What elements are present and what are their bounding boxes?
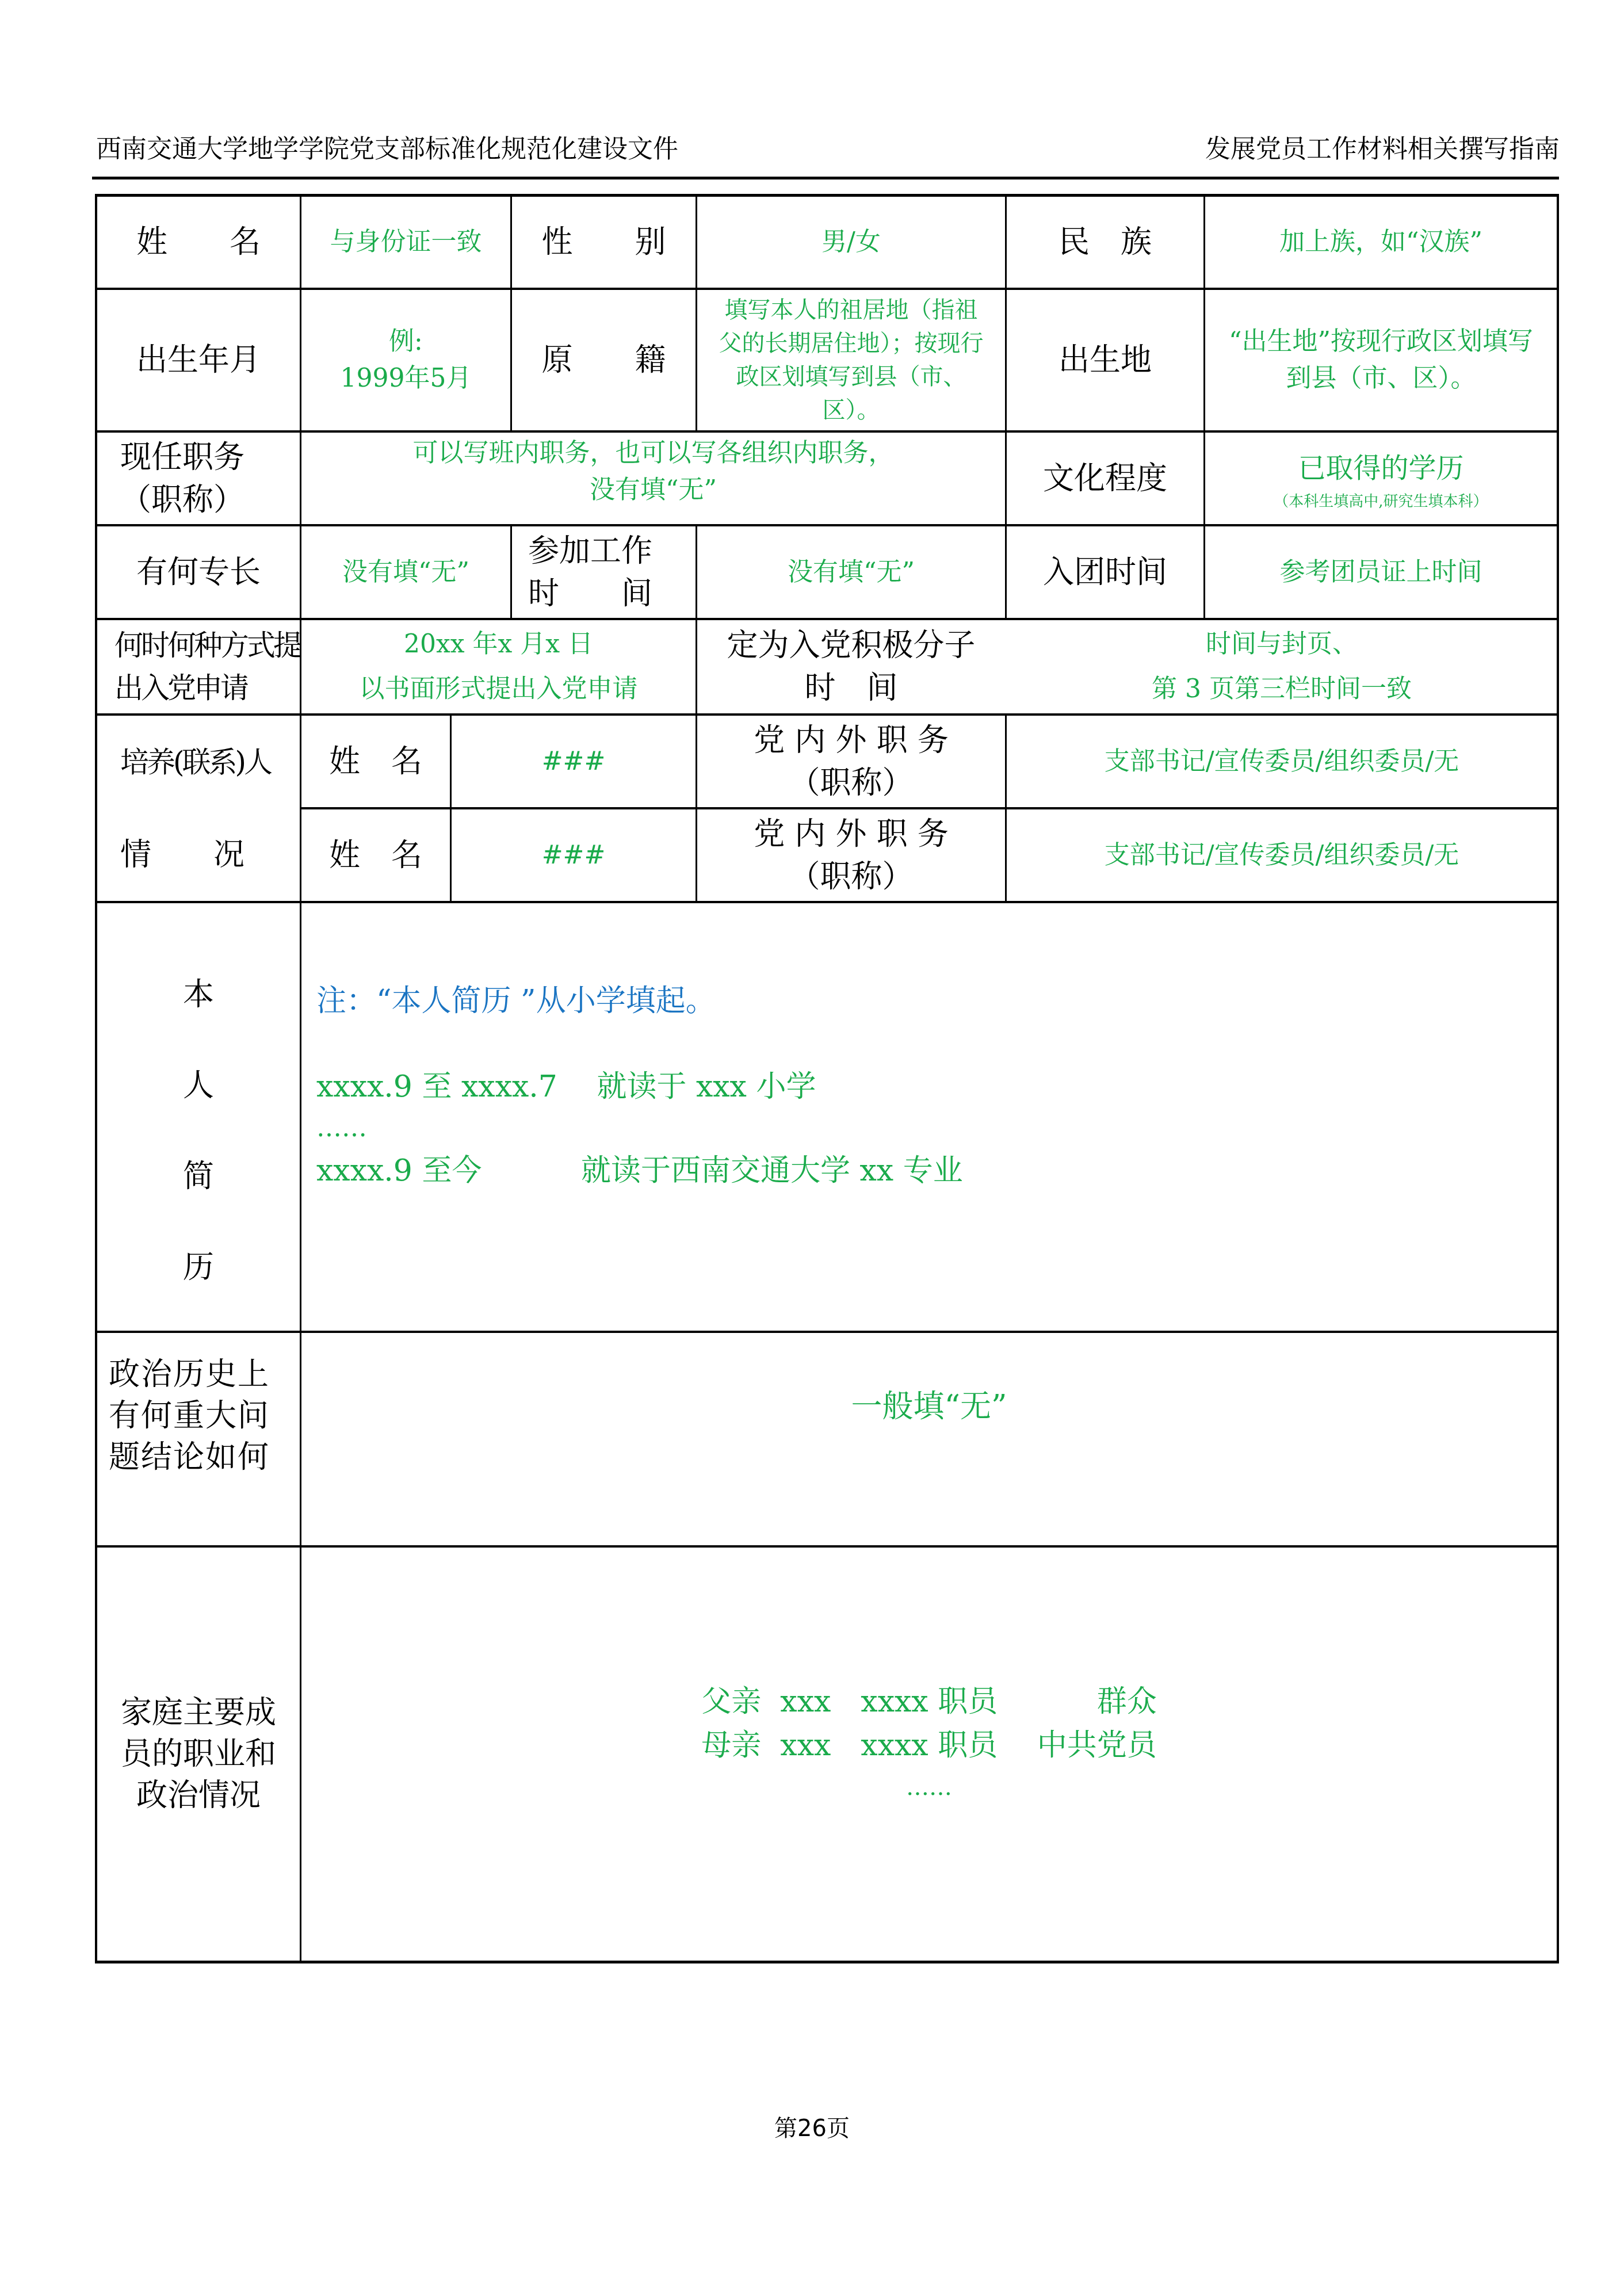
- activist-value-line2: 第 3 页第三栏时间一致: [1152, 667, 1412, 712]
- header-right-title: 发展党员工作材料相关撰写指南: [1205, 133, 1560, 166]
- league-join-value[interactable]: 参考团员证上时间: [1280, 554, 1482, 591]
- work-start-label-line2: 时 间: [528, 572, 652, 615]
- contacts-label-line2: 情 况: [120, 834, 244, 876]
- specialty-label: 有何专长: [136, 551, 261, 594]
- position-label-line1: 现任职务: [120, 436, 244, 479]
- contact-name-value[interactable]: ###: [542, 743, 606, 780]
- native-place-value[interactable]: 填写本人的祖居地（指祖父的长期居住地）；按现行政区划填写到县（市、区）。: [717, 293, 985, 427]
- native-place-label: 原 籍: [542, 339, 666, 381]
- resume-label-char: 人: [183, 1040, 214, 1131]
- contacts-label-line1: 培养(联系)人: [120, 741, 270, 784]
- activist-value-line1: 时间与封页、: [1206, 622, 1358, 667]
- table-border-bottom: [95, 1961, 1559, 1963]
- resume-label-char: 简: [183, 1131, 214, 1222]
- position-label-line2: （职称）: [120, 479, 244, 521]
- birth-value-line2: 1999年5月: [341, 360, 472, 397]
- league-join-label: 入团时间: [1043, 551, 1167, 594]
- work-start-value[interactable]: 没有填“无”: [788, 554, 915, 591]
- contact-name-label: 姓 名: [329, 834, 422, 877]
- header-rule: [92, 177, 1559, 179]
- resume-note: 注：“本人简历 ”从小学填起。: [316, 978, 963, 1024]
- position-value-line2: 没有填“无”: [590, 472, 717, 509]
- political-label-line: 有何重大问: [109, 1395, 270, 1437]
- contact-duty-label-line2: （职称）: [789, 762, 914, 804]
- contact-duty-value[interactable]: 支部书记/宣传委员/组织委员/无: [1105, 743, 1459, 780]
- family-line: ……: [906, 1767, 952, 1808]
- activist-label-line1: 定为入党积极分子: [727, 624, 976, 667]
- application-value-line2: 以书面形式提出入党申请: [360, 667, 638, 712]
- contact-name-value[interactable]: ###: [542, 837, 606, 874]
- family-label-line: 政治情况: [136, 1775, 261, 1816]
- education-value-main: 已取得的学历: [1298, 445, 1463, 491]
- page-number: 第26页: [0, 2110, 1624, 2143]
- birth-value-line1: 例:: [389, 323, 423, 360]
- table-border-right: [1557, 194, 1559, 1963]
- application-label-line1: 何时何种方式提: [114, 624, 300, 667]
- application-value[interactable]: 20xx 年x 月x 日 以书面形式提出入党申请: [301, 620, 696, 713]
- political-value[interactable]: 一般填“无”: [851, 1388, 1007, 1425]
- ethnicity-value[interactable]: 加上族，如“汉族”: [1279, 224, 1482, 261]
- position-value-line1: 可以写班内职务，也可以写各组织内职务，: [413, 435, 894, 472]
- birth-label: 出生年月: [136, 339, 261, 381]
- birth-value[interactable]: 例: 1999年5月: [301, 290, 510, 430]
- specialty-value[interactable]: 没有填“无”: [342, 554, 469, 591]
- activist-label-line2: 时 间: [805, 667, 898, 709]
- political-label-line: 政治历史上: [109, 1354, 270, 1395]
- contact-duty-label-line2: （职称）: [789, 855, 914, 898]
- birthplace-label: 出生地: [1059, 339, 1152, 381]
- resume-label-char: 本: [183, 949, 214, 1040]
- activist-value[interactable]: 时间与封页、 第 3 页第三栏时间一致: [1007, 620, 1557, 713]
- political-label-line: 题结论如何: [109, 1437, 270, 1478]
- education-note: （本科生填高中,研究生填本科）: [1274, 491, 1488, 512]
- family-label-line: 家庭主要成: [121, 1692, 276, 1733]
- application-value-line1: 20xx 年x 月x 日: [404, 622, 593, 667]
- resume-line: xxxx.9 至 xxxx.7 就读于 xxx 小学: [316, 1065, 963, 1108]
- education-value[interactable]: 已取得的学历 （本科生填高中,研究生填本科）: [1205, 433, 1557, 524]
- contact-name-label: 姓 名: [329, 740, 422, 783]
- contact-duty-value[interactable]: 支部书记/宣传委员/组织委员/无: [1105, 837, 1459, 874]
- contact-duty-label-line1: 党 内 外 职 务: [754, 813, 949, 855]
- position-value[interactable]: 可以写班内职务，也可以写各组织内职务， 没有填“无”: [301, 433, 1005, 524]
- gender-value[interactable]: 男/女: [821, 224, 881, 261]
- family-label-line: 员的职业和: [121, 1733, 276, 1775]
- name-label: 姓 名: [136, 221, 261, 263]
- gender-label: 性 别: [542, 221, 666, 263]
- family-line: 父亲 xxx xxxx 职员 群众: [701, 1680, 1156, 1724]
- ethnicity-label: 民 族: [1059, 221, 1152, 263]
- birthplace-value[interactable]: “出生地”按现行政区划填写到县（市、区）。: [1222, 323, 1539, 397]
- resume-line: xxxx.9 至今 就读于西南交通大学 xx 专业: [316, 1148, 963, 1193]
- contact-duty-label-line1: 党 内 外 职 务: [754, 719, 949, 762]
- name-value[interactable]: 与身份证一致: [330, 224, 482, 261]
- education-label: 文化程度: [1043, 457, 1167, 500]
- application-label-line2: 出入党申请: [114, 667, 247, 709]
- resume-content[interactable]: 注：“本人简历 ”从小学填起。 xxxx.9 至 xxxx.7 就读于 xxx …: [316, 978, 963, 1193]
- work-start-label-line1: 参加工作: [528, 530, 652, 572]
- resume-label-char: 历: [183, 1222, 214, 1313]
- resume-line: ……: [316, 1108, 963, 1148]
- header-left-title: 西南交通大学地学学院党支部标准化规范化建设文件: [96, 133, 678, 166]
- row-divider: [95, 901, 1559, 903]
- family-content[interactable]: 父亲 xxx xxxx 职员 群众 母亲 xxx xxxx 职员 中共党员 ……: [301, 1548, 1557, 1961]
- family-line: 母亲 xxx xxxx 职员 中共党员: [701, 1724, 1156, 1767]
